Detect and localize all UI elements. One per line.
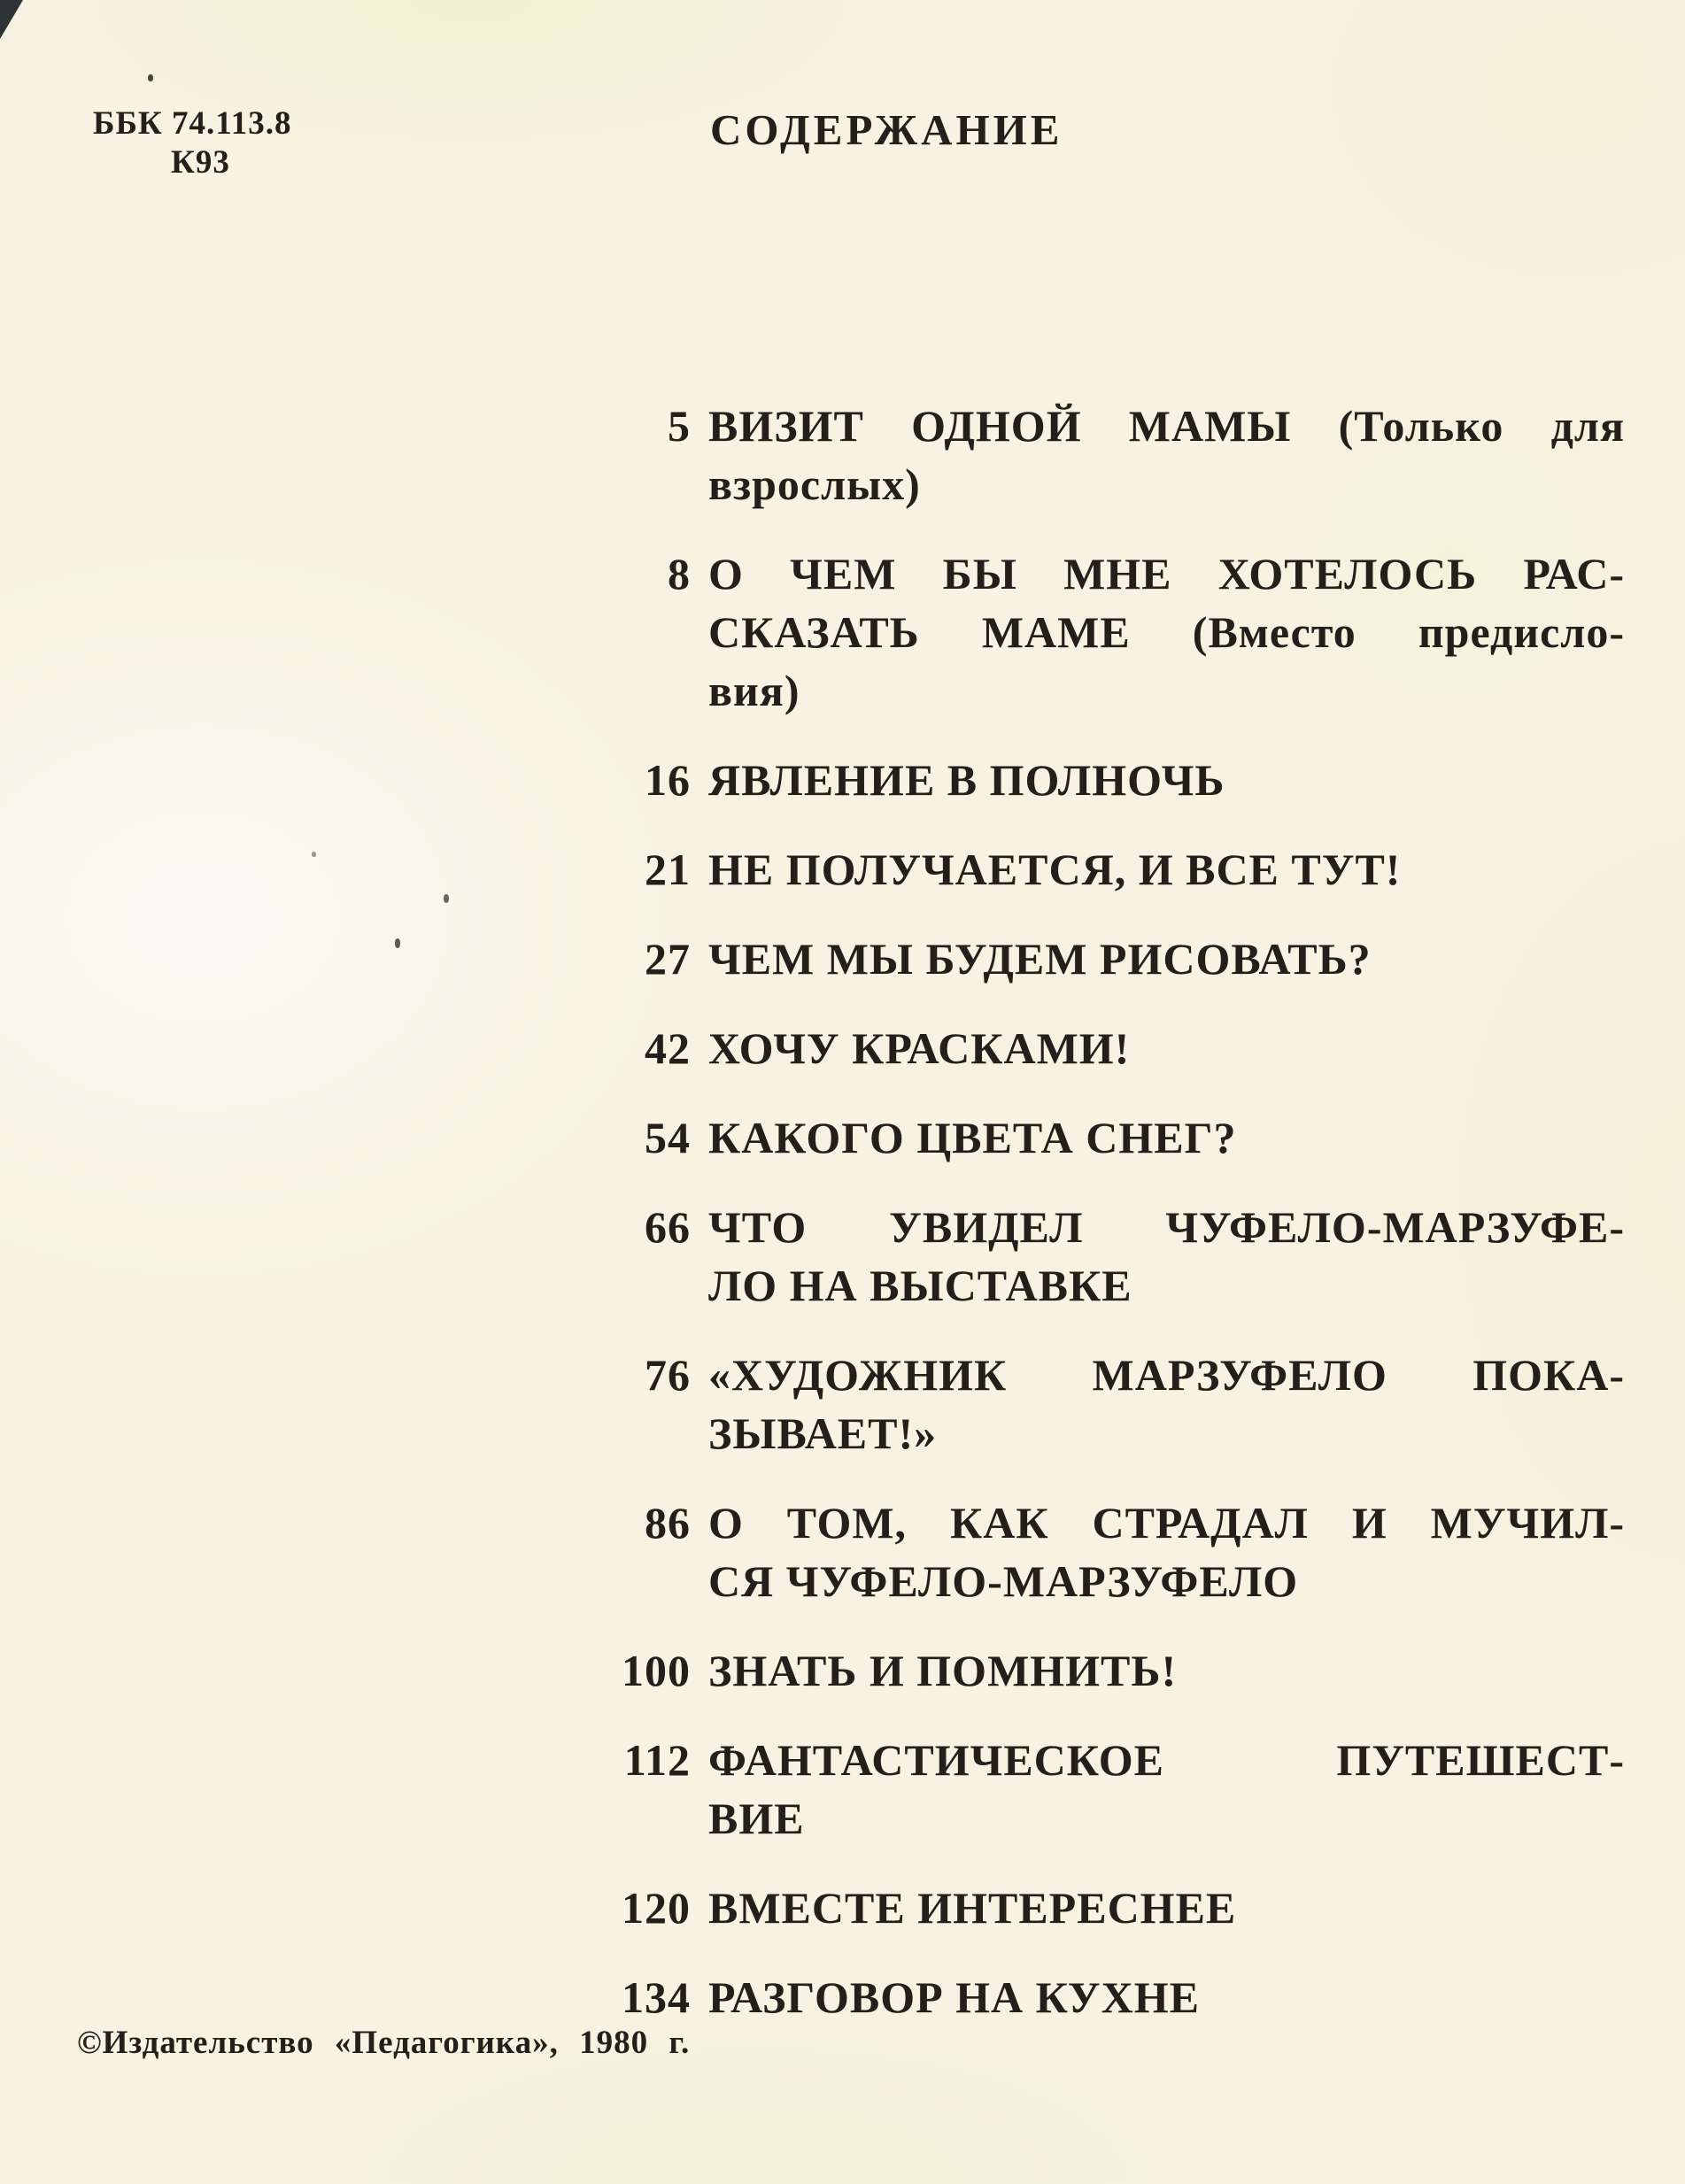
toc-entry-title-line: ВИЗИТ ОДНОЙ МАМЫ (Только для	[708, 397, 1625, 455]
toc-entry-title-line: ЗЫВАЕТ!»	[708, 1404, 1625, 1462]
toc-page-number: 76	[0, 1346, 691, 1462]
scan-speck	[148, 74, 153, 81]
toc-page-number: 42	[0, 1019, 691, 1077]
bbk-code-block: ББК 74.113.8 К93	[93, 104, 291, 182]
toc-entry: 54 КАКОГО ЦВЕТА СНЕГ?	[0, 1108, 1625, 1167]
toc-entry: 112 ФАНТАСТИЧЕСКОЕ ПУТЕШЕСТ- ВИЕ	[0, 1731, 1625, 1848]
toc-entry-title-line: О ЧЕМ БЫ МНЕ ХОТЕЛОСЬ РАС-	[708, 544, 1625, 603]
toc-entry-title: НЕ ПОЛУЧАЕТСЯ, И ВСЕ ТУТ!	[708, 840, 1625, 899]
toc-page-number: 112	[0, 1731, 691, 1848]
toc-entry-title: ВМЕСТЕ ИНТЕРЕСНЕЕ	[708, 1879, 1625, 1937]
toc-entry: 16 ЯВЛЕНИЕ В ПОЛНОЧЬ	[0, 751, 1625, 809]
toc-entry-title: «ХУДОЖНИК МАРЗУФЕЛО ПОКА- ЗЫВАЕТ!»	[708, 1346, 1625, 1462]
toc-entry: 76 «ХУДОЖНИК МАРЗУФЕЛО ПОКА- ЗЫВАЕТ!»	[0, 1346, 1625, 1462]
toc-page-number: 16	[0, 751, 691, 809]
toc-entry-title-line: ЛО НА ВЫСТАВКЕ	[708, 1256, 1625, 1315]
toc-entry-title: О ЧЕМ БЫ МНЕ ХОТЕЛОСЬ РАС- СКАЗАТЬ МАМЕ …	[708, 544, 1625, 720]
bbk-code-line: ББК 74.113.8	[93, 104, 291, 143]
toc-entry-title-line: НЕ ПОЛУЧАЕТСЯ, И ВСЕ ТУТ!	[708, 840, 1625, 899]
toc-page-number: 27	[0, 930, 691, 988]
toc-page-number: 120	[0, 1879, 691, 1937]
toc-page-number: 5	[0, 397, 691, 513]
toc-entry: 42 ХОЧУ КРАСКАМИ!	[0, 1019, 1625, 1077]
toc-entry-title: ЯВЛЕНИЕ В ПОЛНОЧЬ	[708, 751, 1625, 809]
toc-entry: 5 ВИЗИТ ОДНОЙ МАМЫ (Только для взрослых)	[0, 397, 1625, 513]
toc-entry-title: ХОЧУ КРАСКАМИ!	[708, 1019, 1625, 1077]
table-of-contents: 5 ВИЗИТ ОДНОЙ МАМЫ (Только для взрослых)…	[0, 397, 1625, 2057]
toc-entry-title: ЧТО УВИДЕЛ ЧУФЕЛО-МАРЗУФЕ- ЛО НА ВЫСТАВК…	[708, 1198, 1625, 1315]
toc-entry-title: ЧЕМ МЫ БУДЕМ РИСОВАТЬ?	[708, 930, 1625, 988]
copyright-line: ©Издательство «Педагогика», 1980 г.	[77, 2024, 690, 2062]
toc-entry-title: ВИЗИТ ОДНОЙ МАМЫ (Только для взрослых)	[708, 397, 1625, 513]
toc-entry-title-line: СКАЗАТЬ МАМЕ (Вместо предисло-	[708, 603, 1625, 661]
toc-entry-title-line: ФАНТАСТИЧЕСКОЕ ПУТЕШЕСТ-	[708, 1731, 1625, 1789]
toc-entry: 134 РАЗГОВОР НА КУХНЕ	[0, 1968, 1625, 2026]
toc-entry: 100 ЗНАТЬ И ПОМНИТЬ!	[0, 1641, 1625, 1700]
toc-entry: 8 О ЧЕМ БЫ МНЕ ХОТЕЛОСЬ РАС- СКАЗАТЬ МАМ…	[0, 544, 1625, 720]
toc-entry-title-line: ВИЕ	[708, 1789, 1625, 1848]
toc-entry-title: ЗНАТЬ И ПОМНИТЬ!	[708, 1641, 1625, 1700]
toc-entry-title-line: ВМЕСТЕ ИНТЕРЕСНЕЕ	[708, 1879, 1625, 1937]
toc-entry-title: РАЗГОВОР НА КУХНЕ	[708, 1968, 1625, 2026]
toc-entry-title-line: СЯ ЧУФЕЛО-МАРЗУФЕЛО	[708, 1552, 1625, 1610]
toc-entry-title: КАКОГО ЦВЕТА СНЕГ?	[708, 1108, 1625, 1167]
toc-entry-title-line: ХОЧУ КРАСКАМИ!	[708, 1019, 1625, 1077]
toc-entry-title-line: ЗНАТЬ И ПОМНИТЬ!	[708, 1641, 1625, 1700]
toc-entry-title-line: КАКОГО ЦВЕТА СНЕГ?	[708, 1108, 1625, 1167]
toc-entry-title-line: ЧТО УВИДЕЛ ЧУФЕЛО-МАРЗУФЕ-	[708, 1198, 1625, 1256]
toc-entry-title-line: О ТОМ, КАК СТРАДАЛ И МУЧИЛ-	[708, 1493, 1625, 1552]
toc-entry-title-line: РАЗГОВОР НА КУХНЕ	[708, 1968, 1625, 2026]
toc-page-number: 86	[0, 1493, 691, 1610]
scanned-book-page: { "header": { "bbk_line1": "ББК 74.113.8…	[0, 0, 1685, 2184]
toc-entry-title-line: вия)	[708, 661, 1625, 720]
scan-corner-mark	[0, 0, 23, 39]
toc-entry: 27 ЧЕМ МЫ БУДЕМ РИСОВАТЬ?	[0, 930, 1625, 988]
toc-page-number: 8	[0, 544, 691, 720]
toc-entry-title: О ТОМ, КАК СТРАДАЛ И МУЧИЛ- СЯ ЧУФЕЛО-МА…	[708, 1493, 1625, 1610]
page-title: СОДЕРЖАНИЕ	[710, 104, 1063, 155]
toc-entry: 21 НЕ ПОЛУЧАЕТСЯ, И ВСЕ ТУТ!	[0, 840, 1625, 899]
toc-entry-title-line: ЯВЛЕНИЕ В ПОЛНОЧЬ	[708, 751, 1625, 809]
toc-entry-title: ФАНТАСТИЧЕСКОЕ ПУТЕШЕСТ- ВИЕ	[708, 1731, 1625, 1848]
toc-page-number: 100	[0, 1641, 691, 1700]
toc-page-number: 21	[0, 840, 691, 899]
toc-entry: 66 ЧТО УВИДЕЛ ЧУФЕЛО-МАРЗУФЕ- ЛО НА ВЫСТ…	[0, 1198, 1625, 1315]
toc-page-number: 66	[0, 1198, 691, 1315]
toc-entry-title-line: «ХУДОЖНИК МАРЗУФЕЛО ПОКА-	[708, 1346, 1625, 1404]
toc-entry-title-line: взрослых)	[708, 455, 1625, 513]
bbk-author-sign: К93	[93, 143, 291, 182]
toc-entry: 86 О ТОМ, КАК СТРАДАЛ И МУЧИЛ- СЯ ЧУФЕЛО…	[0, 1493, 1625, 1610]
toc-entry: 120 ВМЕСТЕ ИНТЕРЕСНЕЕ	[0, 1879, 1625, 1937]
toc-page-number: 54	[0, 1108, 691, 1167]
toc-page-number: 134	[0, 1968, 691, 2026]
toc-entry-title-line: ЧЕМ МЫ БУДЕМ РИСОВАТЬ?	[708, 930, 1625, 988]
